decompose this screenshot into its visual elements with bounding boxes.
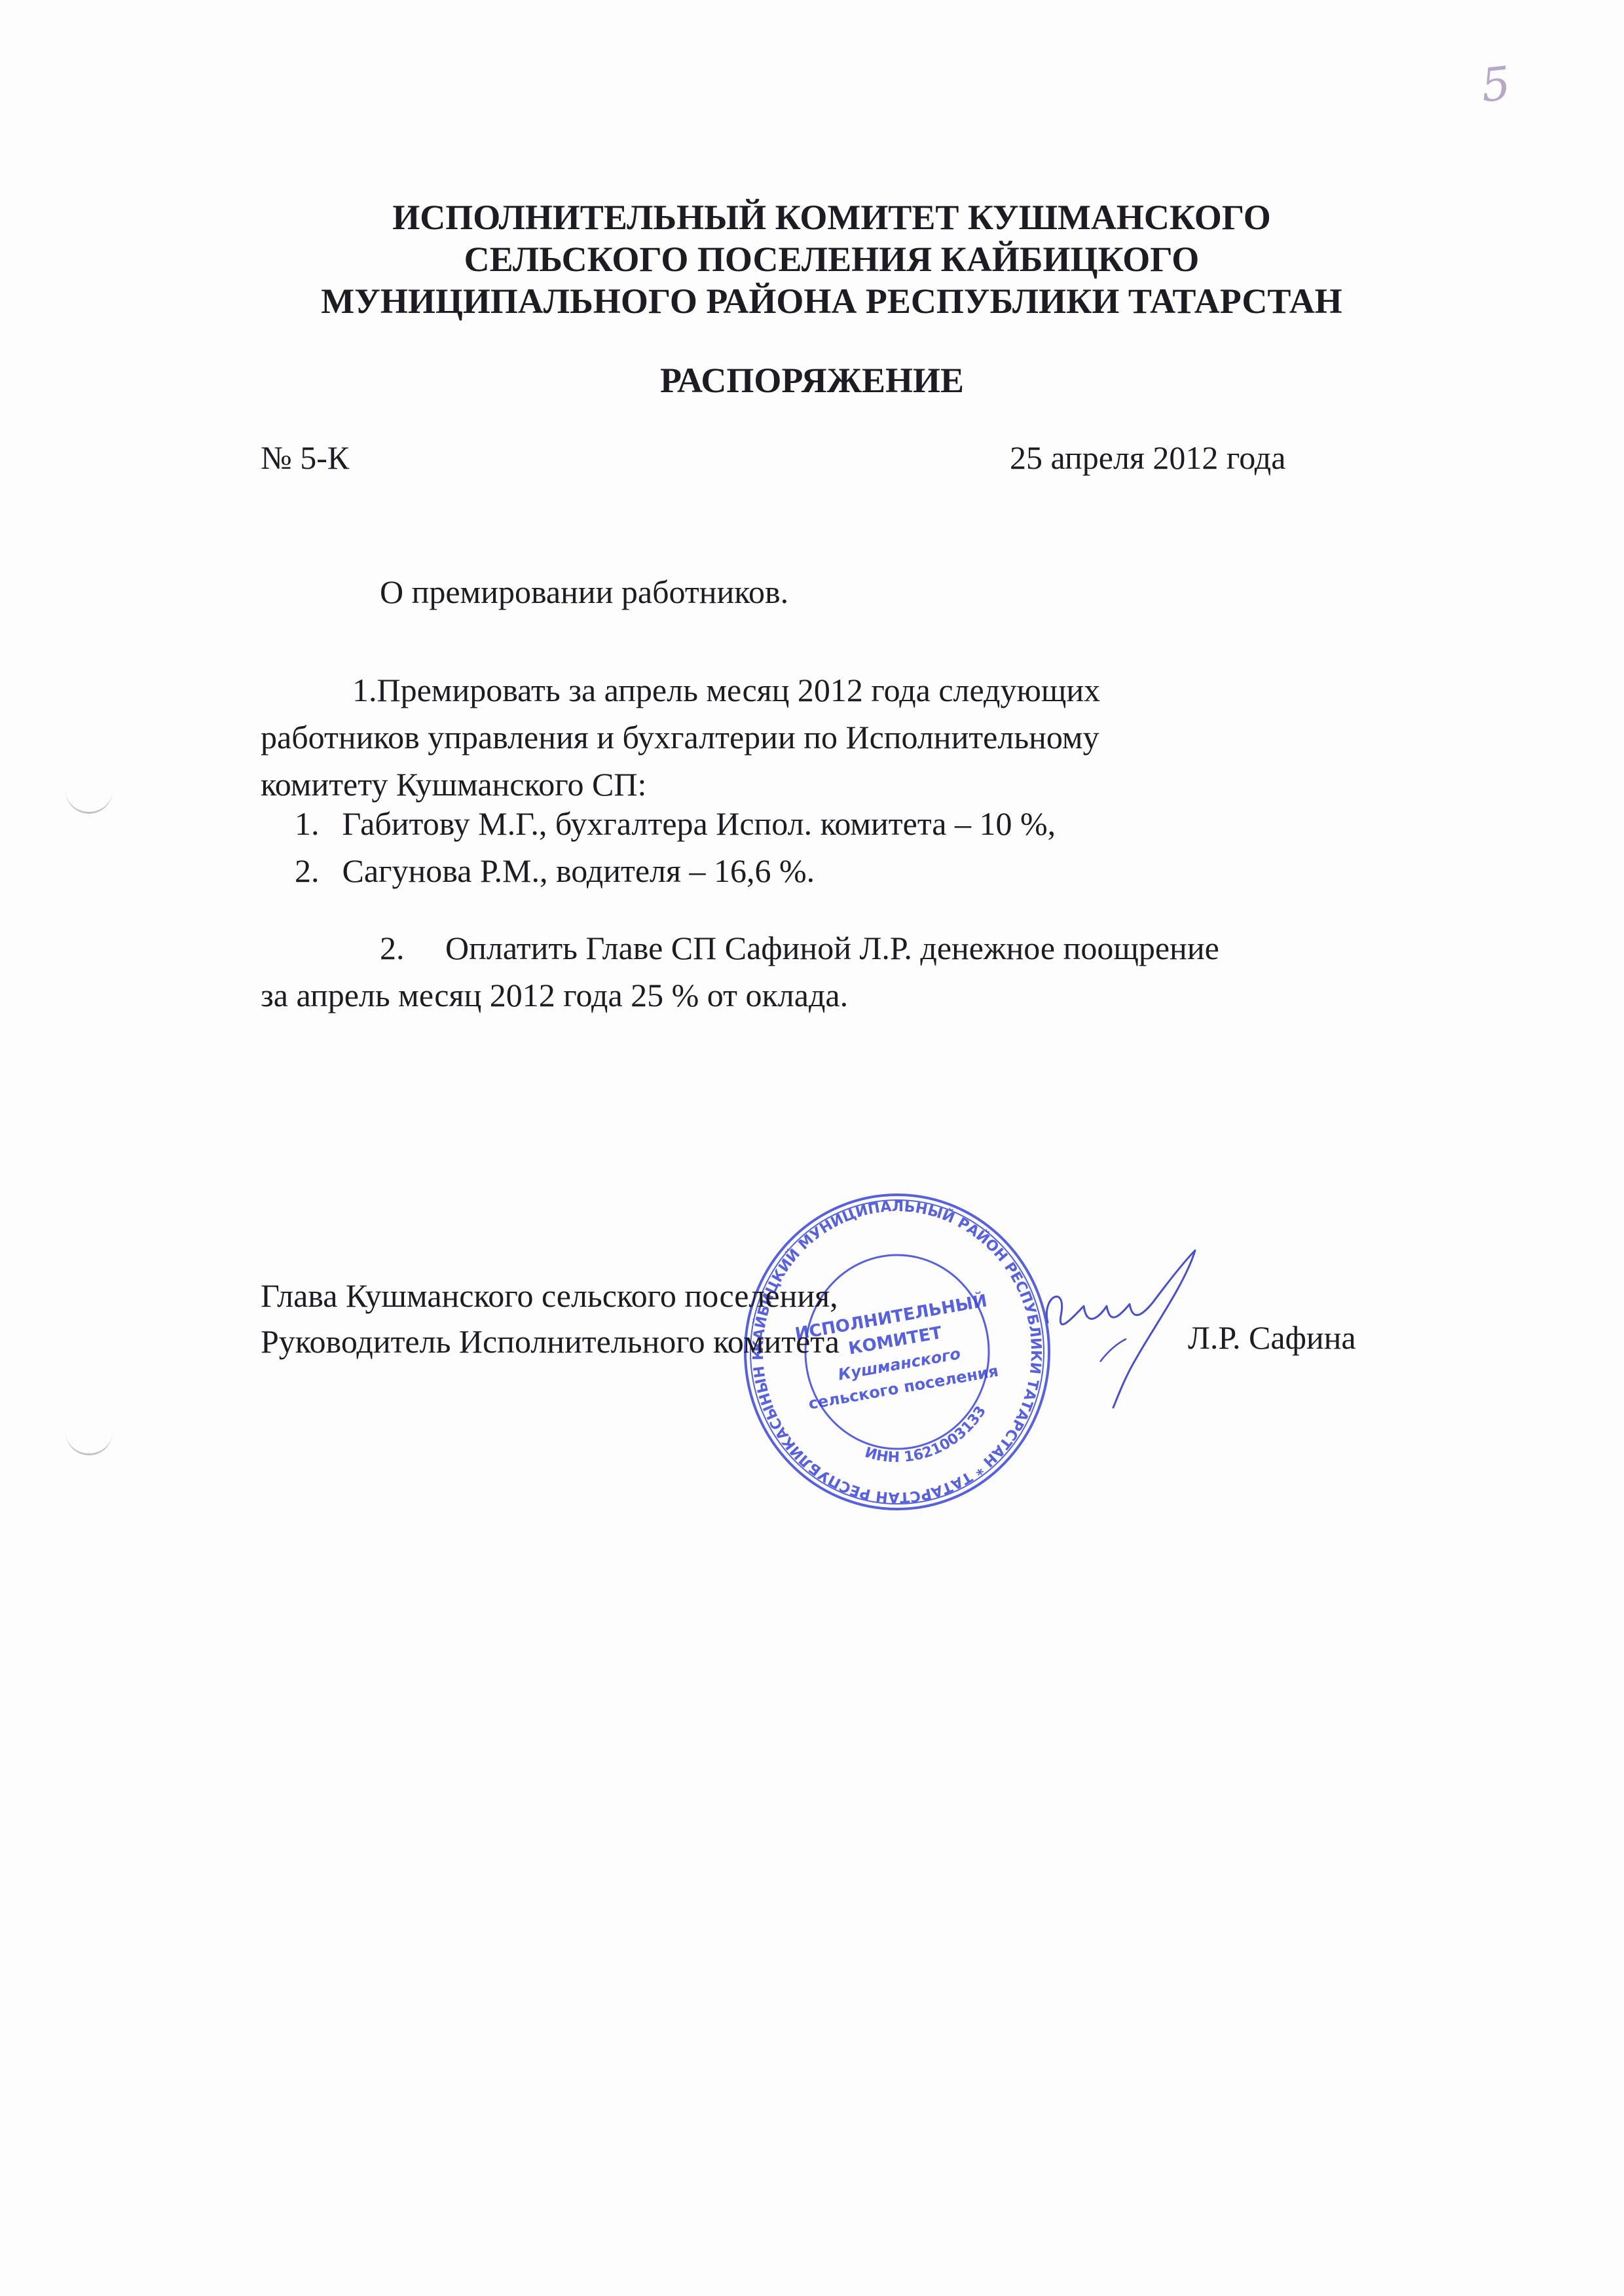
list-item-text: Габитову М.Г., бухгалтера Испол. комитет… — [342, 805, 1056, 842]
paragraph-1-line-1: 1.Премировать за апрель месяц 2012 года … — [261, 666, 1387, 714]
punch-hole-bottom — [65, 1427, 113, 1455]
signatory-title: Глава Кушманского сельского поселения, Р… — [261, 1273, 840, 1364]
document-type-title: РАСПОРЯЖЕНИЕ — [660, 361, 964, 400]
svg-text:ИНН 1621003133: ИНН 1621003133 — [863, 1403, 989, 1466]
punch-hole-top — [65, 786, 113, 814]
organization-header: ИСПОЛНИТЕЛЬНЫЙ КОМИТЕТ КУШМАНСКОГО СЕЛЬС… — [249, 196, 1414, 322]
document-date: 25 апреля 2012 года — [1010, 439, 1285, 477]
bonus-list: 1. Габитову М.Г., бухгалтера Испол. коми… — [295, 800, 1056, 894]
signatory-name: Л.Р. Сафина — [1188, 1319, 1356, 1357]
header-line-1: ИСПОЛНИТЕЛЬНЫЙ КОМИТЕТ КУШМАНСКОГО — [249, 196, 1414, 238]
header-line-2: СЕЛЬСКОГО ПОСЕЛЕНИЯ КАЙБИЦКОГО — [249, 238, 1414, 280]
paragraph-1-line-2: работников управления и бухгалтерии по И… — [261, 714, 1387, 761]
list-item-text: Сагунова Р.М., водителя – 16,6 %. — [342, 852, 815, 889]
signatory-title-line-2: Руководитель Исполнительного комитета — [261, 1319, 840, 1364]
page-number: 5 — [1479, 56, 1513, 113]
paragraph-2-number: 2. — [380, 924, 445, 972]
document-subject: О премировании работников. — [380, 573, 788, 611]
paragraph-2: 2.Оплатить Главе СП Сафиной Л.Р. денежно… — [261, 924, 1387, 1019]
document-type: РАСПОРЯЖЕНИЕ — [0, 360, 1624, 401]
list-item: 1. Габитову М.Г., бухгалтера Испол. коми… — [295, 800, 1056, 847]
stamp-inner-text: ИНН 1621003133 — [863, 1403, 989, 1466]
paragraph-2-text: Оплатить Главе СП Сафиной Л.Р. денежное … — [445, 930, 1219, 966]
header-line-3: МУНИЦИПАЛЬНОГО РАЙОНА РЕСПУБЛИКИ ТАТАРСТ… — [249, 280, 1414, 322]
paragraph-2-line-2: за апрель месяц 2012 года 25 % от оклада… — [261, 972, 1387, 1019]
signatory-title-line-1: Глава Кушманского сельского поселения, — [261, 1273, 840, 1319]
handwritten-signature — [1022, 1244, 1211, 1414]
paragraph-1: 1.Премировать за апрель месяц 2012 года … — [261, 666, 1387, 808]
paragraph-2-line-1: 2.Оплатить Главе СП Сафиной Л.Р. денежно… — [261, 924, 1387, 972]
document-number: № 5-К — [261, 439, 349, 477]
list-item: 2. Сагунова Р.М., водителя – 16,6 %. — [295, 847, 1056, 894]
list-item-number: 2. — [295, 847, 334, 894]
list-item-number: 1. — [295, 800, 334, 847]
